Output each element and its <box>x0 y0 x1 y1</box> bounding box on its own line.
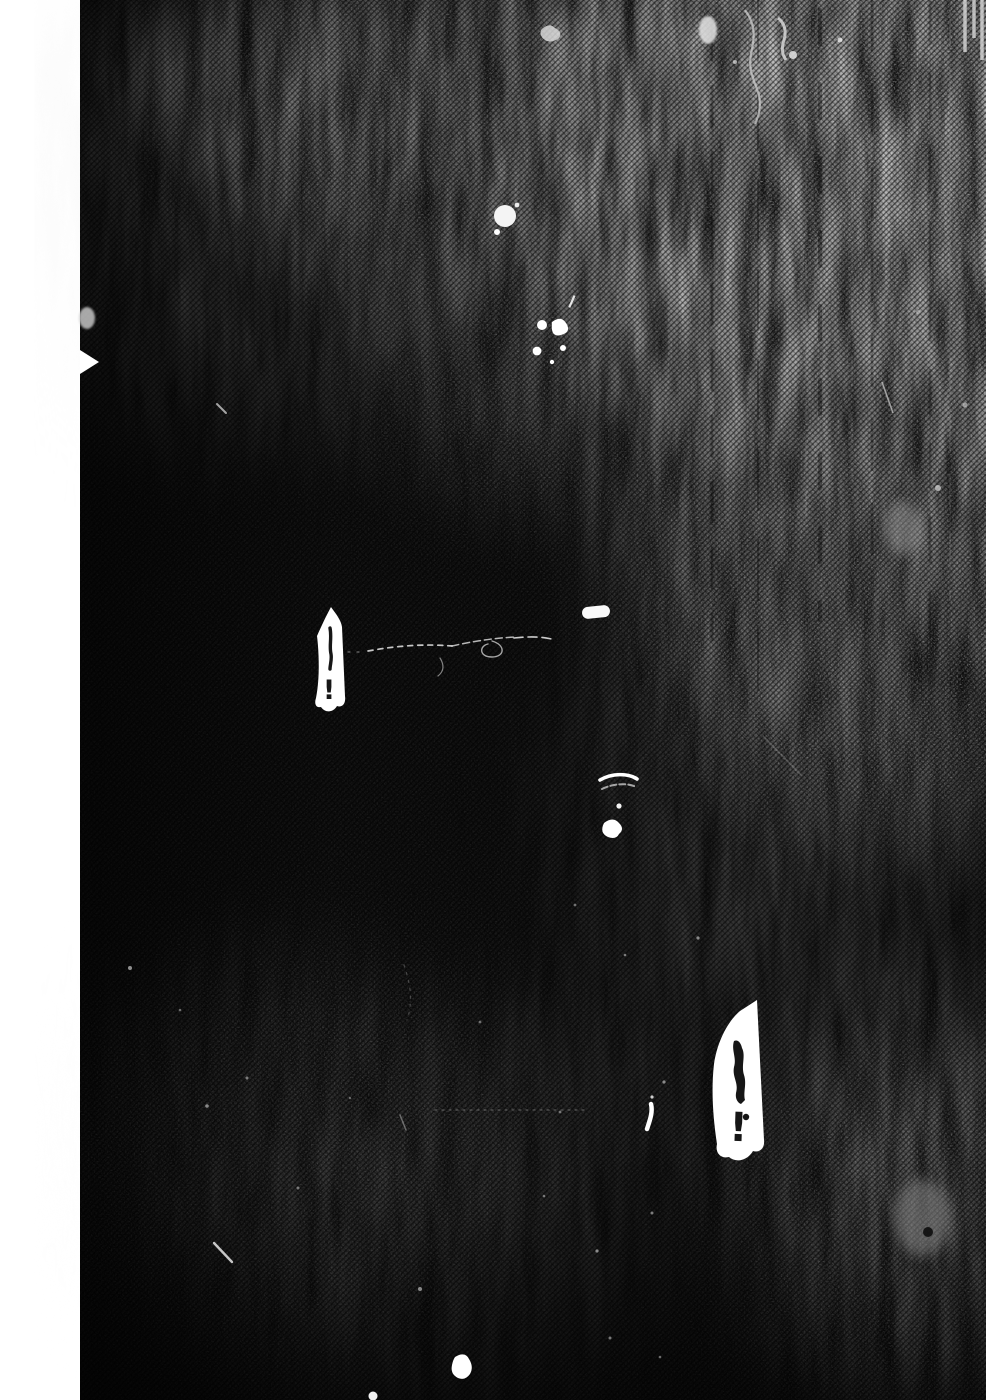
bubble-top-dash-stroke <box>330 628 331 669</box>
manga-page: ! ! <box>0 0 986 1400</box>
page-margin <box>0 0 80 1400</box>
bubble-bottom-exclamation: ! <box>729 1105 749 1152</box>
bubble-top-exclamation: ! <box>323 675 335 706</box>
panel-artwork: ! ! <box>0 0 986 1400</box>
